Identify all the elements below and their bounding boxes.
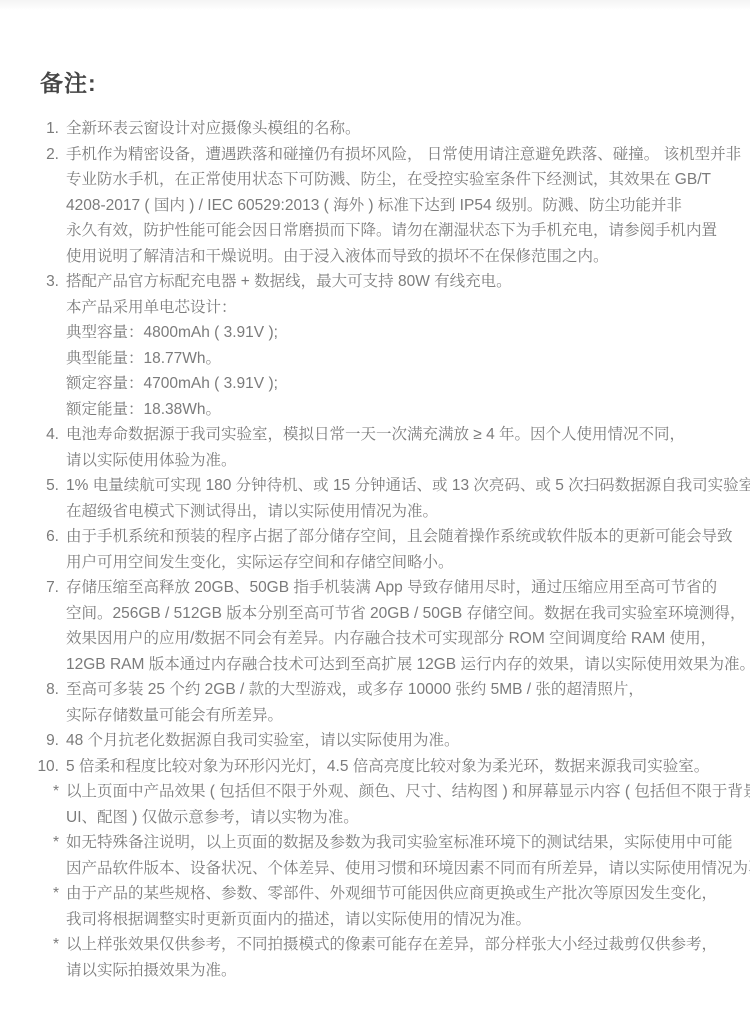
- note-marker: 7.: [15, 575, 66, 601]
- note-item: 1. 全新环表云窗设计对应摄像头模组的名称。: [15, 116, 750, 142]
- note-item: * 以上样张效果仅供参考，不同拍摄模式的像素可能存在差异，部分样张大小经过裁剪仅…: [15, 932, 750, 983]
- note-marker: 10.: [15, 754, 66, 780]
- note-text: 由于手机系统和预装的程序占据了部分储存空间，且会随着操作系统或软件版本的更新可能…: [66, 524, 733, 575]
- note-item: 7. 存储压缩至高释放 20GB、50GB 指手机装满 App 导致存储用尽时，…: [15, 575, 750, 677]
- notes-list: 1. 全新环表云窗设计对应摄像头模组的名称。 2. 手机作为精密设备，遭遇跌落和…: [0, 116, 750, 983]
- note-text: 以上样张效果仅供参考，不同拍摄模式的像素可能存在差异，部分样张大小经过裁剪仅供参…: [66, 932, 717, 983]
- note-item: 8. 至高可多装 25 个约 2GB / 款的大型游戏，或多存 10000 张约…: [15, 677, 750, 728]
- note-text: 48 个月抗老化数据源自我司实验室，请以实际使用为准。: [66, 728, 460, 754]
- note-text: 手机作为精密设备，遭遇跌落和碰撞仍有损坏风险， 日常使用请注意避免跌落、碰撞。 …: [66, 142, 741, 270]
- note-item: * 由于产品的某些规格、参数、零部件、外观细节可能因供应商更换或生产批次等原因发…: [15, 881, 750, 932]
- note-item: * 以上页面中产品效果 ( 包括但不限于外观、颜色、尺寸、结构图 ) 和屏幕显示…: [15, 779, 750, 830]
- top-fade-strip: [0, 0, 750, 10]
- note-marker: 4.: [15, 422, 66, 448]
- note-item: 2. 手机作为精密设备，遭遇跌落和碰撞仍有损坏风险， 日常使用请注意避免跌落、碰…: [15, 142, 750, 270]
- note-text: 电池寿命数据源于我司实验室，模拟日常一天一次满充满放 ≥ 4 年。因个人使用情况…: [66, 422, 685, 473]
- note-text: 以上页面中产品效果 ( 包括但不限于外观、颜色、尺寸、结构图 ) 和屏幕显示内容…: [66, 779, 750, 830]
- note-item: * 如无特殊备注说明，以上页面的数据及参数为我司实验室标准环境下的测试结果，实际…: [15, 830, 750, 881]
- note-marker: *: [15, 932, 66, 958]
- notes-section: 备注: 1. 全新环表云窗设计对应摄像头模组的名称。 2. 手机作为精密设备，遭…: [0, 10, 750, 983]
- note-item: 5. 1% 电量续航可实现 180 分钟待机、或 15 分钟通话、或 13 次亮…: [15, 473, 750, 524]
- page-title: 备注:: [40, 68, 750, 98]
- note-marker: *: [15, 779, 66, 805]
- note-text: 由于产品的某些规格、参数、零部件、外观细节可能因供应商更换或生产批次等原因发生变…: [66, 881, 717, 932]
- note-text: 如无特殊备注说明，以上页面的数据及参数为我司实验室标准环境下的测试结果，实际使用…: [66, 830, 750, 881]
- note-text: 搭配产品官方标配充电器 + 数据线，最大可支持 80W 有线充电。 本产品采用单…: [66, 269, 512, 422]
- note-text: 全新环表云窗设计对应摄像头模组的名称。: [66, 116, 361, 142]
- note-item: 6. 由于手机系统和预装的程序占据了部分储存空间，且会随着操作系统或软件版本的更…: [15, 524, 750, 575]
- note-marker: 2.: [15, 142, 66, 168]
- note-marker: 1.: [15, 116, 66, 142]
- note-item: 10. 5 倍柔和程度比较对象为环形闪光灯，4.5 倍高亮度比较对象为柔光环，数…: [15, 754, 750, 780]
- note-marker: 8.: [15, 677, 66, 703]
- note-marker: 5.: [15, 473, 66, 499]
- note-marker: *: [15, 881, 66, 907]
- note-item: 3. 搭配产品官方标配充电器 + 数据线，最大可支持 80W 有线充电。 本产品…: [15, 269, 750, 422]
- note-item: 4. 电池寿命数据源于我司实验室，模拟日常一天一次满充满放 ≥ 4 年。因个人使…: [15, 422, 750, 473]
- note-marker: 9.: [15, 728, 66, 754]
- note-item: 9. 48 个月抗老化数据源自我司实验室，请以实际使用为准。: [15, 728, 750, 754]
- note-text: 1% 电量续航可实现 180 分钟待机、或 15 分钟通话、或 13 次亮码、或…: [66, 473, 750, 524]
- note-marker: 3.: [15, 269, 66, 295]
- note-marker: 6.: [15, 524, 66, 550]
- note-text: 5 倍柔和程度比较对象为环形闪光灯，4.5 倍高亮度比较对象为柔光环，数据来源我…: [66, 754, 709, 780]
- note-text: 至高可多装 25 个约 2GB / 款的大型游戏，或多存 10000 张约 5M…: [66, 677, 644, 728]
- note-text: 存储压缩至高释放 20GB、50GB 指手机装满 App 导致存储用尽时，通过压…: [66, 575, 750, 677]
- note-marker: *: [15, 830, 66, 856]
